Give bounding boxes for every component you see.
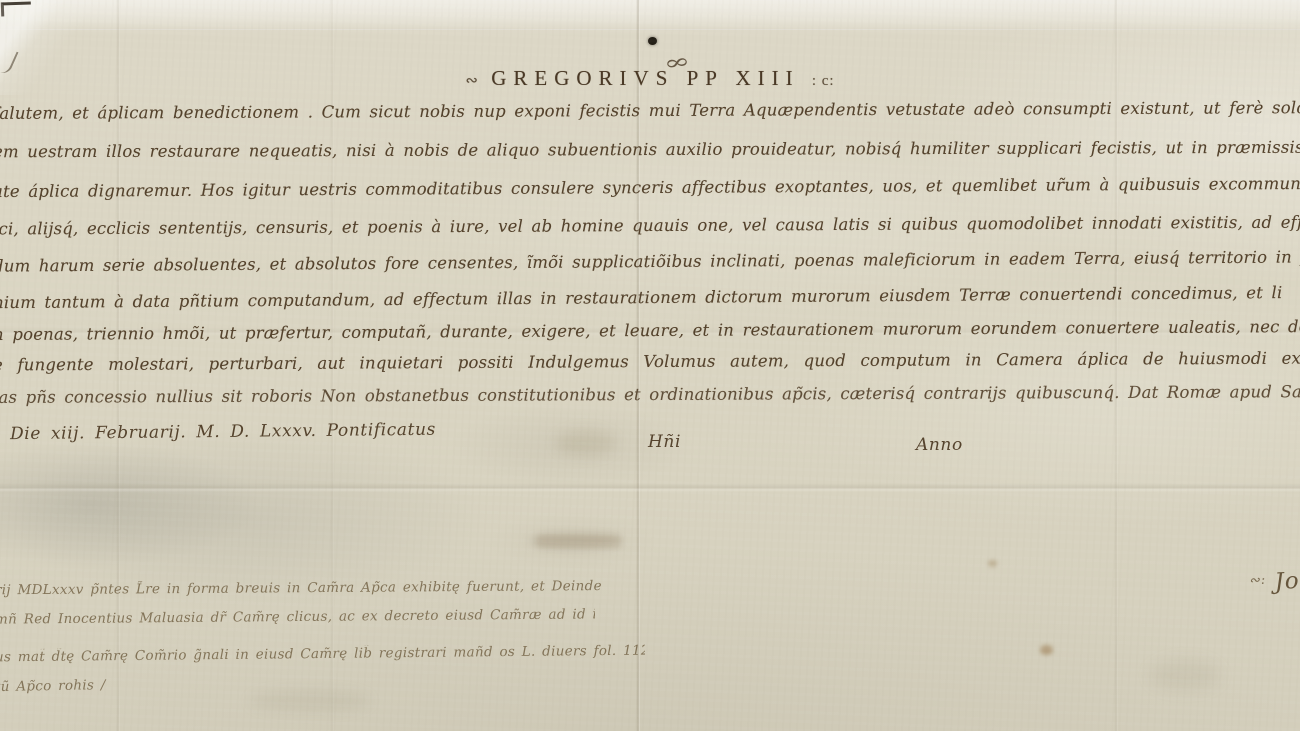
- body-line: nium tantum à data pñtium computandum, a…: [0, 283, 1300, 312]
- title-right-mark: : c:: [812, 73, 835, 89]
- stain: [988, 560, 997, 567]
- signature-text: Jo:: [1273, 567, 1300, 595]
- stain: [1040, 645, 1053, 655]
- pin-hole: [648, 37, 657, 45]
- body-line: ſalutem, et áplicam benedictionem . Cum …: [0, 98, 1300, 123]
- bleed-through-mark: [536, 534, 622, 548]
- registration-note-line: us mat̃ d̃tę Cam̃rę Com̃rio g̃nali in ei…: [0, 643, 645, 666]
- signature-mark: ∾:: [1248, 573, 1266, 589]
- body-line: ias pñs concessio nullius sit roboris No…: [0, 382, 1300, 407]
- body-line: ici, alijsq́, ecclicis sententijs, censu…: [0, 213, 1300, 239]
- parchment: ∞ ∾ GREGORIVS PP XIII : c: ſalutem, et á…: [0, 0, 1300, 731]
- dateline-hni: Hñi: [648, 432, 681, 452]
- dateline-anno: Anno: [916, 435, 963, 455]
- body-line: ate áplica dignaremur. Hos igitur uestri…: [0, 174, 1300, 201]
- dateline-row: . Die xiij. Februarij. M. D. Lxxxv. Pont…: [0, 420, 1300, 454]
- corner-pen-mark: [1, 1, 31, 16]
- body-line: n poenas, triennio hmõi, ut præfertur, c…: [0, 317, 1300, 344]
- notary-signature: ∾: Jo:: [1248, 567, 1300, 596]
- title-left-mark: ∾: [465, 73, 479, 89]
- stain: [250, 690, 370, 712]
- stain: [1150, 660, 1220, 690]
- body-line: em uestram illos restaurare nequeatis, n…: [0, 138, 1300, 162]
- body-line: dum harum serie absoluentes, et absoluto…: [0, 247, 1300, 275]
- registration-note-line: rij MDLxxxv p̃ntes L̃re in forma breuis …: [0, 578, 655, 599]
- parchment-top-edge: [0, 0, 1300, 30]
- registration-note-line: mñ Red Inocentius Maluasia dr̃ Cam̃rę cl…: [0, 606, 595, 627]
- registration-note-line: tũ Ap̃co rohis /: [0, 677, 115, 695]
- fold-line: [0, 483, 1300, 492]
- body-line: e fungente molestari, perturbari, aut in…: [0, 349, 1300, 375]
- manuscript-scan: ∞ ∾ GREGORIVS PP XIII : c: ſalutem, et á…: [0, 0, 1300, 731]
- document-title: ∾ GREGORIVS PP XIII : c:: [0, 66, 1300, 91]
- title-text: GREGORIVS PP XIII: [491, 66, 799, 90]
- dateline-date: . Die xiij. Februarij. M. D. Lxxxv. Pont…: [0, 420, 436, 445]
